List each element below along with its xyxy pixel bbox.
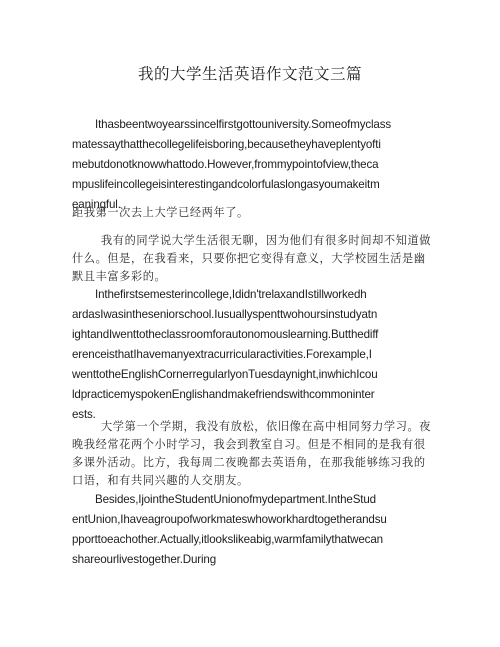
text-line: ardasIwasintheseniorschool.Iusuallyspent… [72,305,442,325]
paragraph-zh-intro: 距我第一次去上大学已经两年了。 [72,204,442,222]
text-line: 大学第一个学期，我没有放松，依旧像在高中相同努力学习。夜 [72,418,442,436]
text-line: 距我第一次去上大学已经两年了。 [72,204,442,222]
paragraph-zh-first-semester: 大学第一个学期，我没有放松，依旧像在高中相同努力学习。夜 晚我经常花两个小时学习… [72,418,442,490]
text-line: 我有的同学说大学生活很无聊，因为他们有很多时间却不知道做 [72,232,442,250]
text-line: ldpracticemyspokenEnglishandmakefriendsw… [72,385,442,405]
paragraph-en-student-union: Besides,IjointheStudentUnionofmydepartme… [72,490,442,570]
text-line: 什么。但是，在我看来，只要你把它变得有意义，大学校园生活是幽 [72,250,442,268]
text-line: mebutdonotknowwhattodo.However,frommypoi… [72,155,442,175]
text-line: Ithasbeentwoyearssincelfirstgottounivers… [72,115,442,135]
text-line: shareourlivestogether.During [72,550,442,570]
document-title: 我的大学生活英语作文范文三篇 [0,62,500,84]
text-line: entUnion,Ihaveagroupofworkmateswhoworkha… [72,510,442,530]
text-line: Besides,IjointheStudentUnionofmydepartme… [72,490,442,510]
text-line: 多课外活动。比方，我每周二夜晚都去英语角，在那我能够练习我的 [72,454,442,472]
text-line: 晚我经常花两个小时学习，我会到教室自习。但是不相同的是我有很 [72,436,442,454]
text-line: matessaythatthecollegelifeisboring,becau… [72,135,442,155]
paragraph-en-first-semester: Inthefirstsemesterincollege,Ididn'trelax… [72,285,442,425]
text-line: 口语，和有共同兴趣的人交朋友。 [72,472,442,490]
text-line: ightandIwenttotheclassroomforautonomousl… [72,325,442,345]
text-line: wenttotheEnglishCornerregularlyonTuesday… [72,365,442,385]
paragraph-zh-classmates: 我有的同学说大学生活很无聊，因为他们有很多时间却不知道做 什么。但是，在我看来，… [72,232,442,286]
text-line: Inthefirstsemesterincollege,Ididn'trelax… [72,285,442,305]
document-page: 我的大学生活英语作文范文三篇 Ithasbeentwoyearssincelfi… [0,0,500,647]
text-line: 默且丰富多彩的。 [72,268,442,286]
text-line: mpuslifeincollegeisinterestingandcolorfu… [72,175,442,195]
text-line: erenceisthatIhavemanyextracurricularacti… [72,345,442,365]
paragraph-en-intro: Ithasbeentwoyearssincelfirstgottounivers… [72,115,442,215]
text-line: pporttoeachother.Actually,itlookslikeabi… [72,530,442,550]
